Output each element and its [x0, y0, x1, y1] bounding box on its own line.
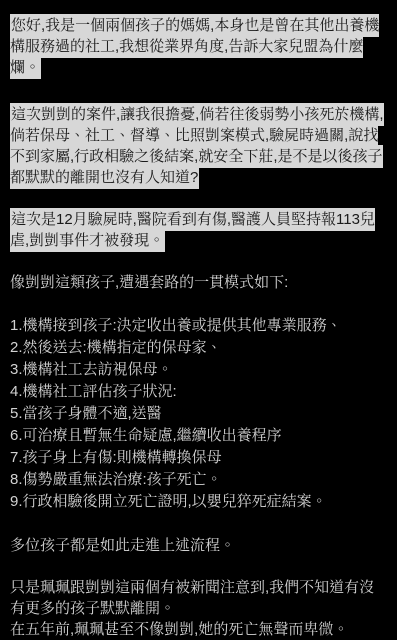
closing-line-1: 多位孩子都是如此走進上述流程。: [10, 535, 387, 556]
highlighted-text-2: 這次剴剴的案件,讓我很擔憂,倘若往後弱勢小孩死於機構,倘若保母、社工、督導、比照…: [10, 103, 384, 189]
highlighted-text-1: 您好,我是一個兩個孩子的媽媽,本身也是曾在其他出養機構服務過的社工,我想從業界角…: [10, 14, 379, 79]
list-item-1: 1.機構接到孩子:決定收出養或提供其他專業服務、: [10, 315, 387, 337]
list-item-5: 5.當孩子身體不適,送醫: [10, 403, 387, 425]
list-intro: 像剴剴這類孩子,遭遇套路的一貫模式如下:: [10, 272, 387, 293]
list-item-6: 6.可治療且暫無生命疑慮,繼續收出養程序: [10, 425, 387, 447]
list-item-9: 9.行政相驗後開立死亡證明,以嬰兒猝死症結案。: [10, 491, 387, 513]
closing-line-3: 在五年前,珮珮甚至不像剴剴,她的死亡無聲而卑微。: [10, 619, 387, 640]
closing-line-2: 只是珮珮跟剴剴這兩個有被新聞注意到,我們不知道有沒有更多的孩子默默離開。: [10, 577, 387, 619]
list-item-2: 2.然後送去:機構指定的保母家、: [10, 337, 387, 359]
list-item-8: 8.傷勢嚴重無法治療:孩子死亡。: [10, 469, 387, 491]
post-body: 您好,我是一個兩個孩子的媽媽,本身也是曾在其他出養機構服務過的社工,我想從業界角…: [0, 0, 397, 640]
process-numbered-list: 1.機構接到孩子:決定收出養或提供其他專業服務、 2.然後送去:機構指定的保母家…: [10, 315, 387, 513]
paragraph-3: 這次是12月驗屍時,醫院看到有傷,醫護人員堅持報113兒虐,剴剴事件才被發現。: [10, 209, 387, 251]
list-item-4: 4.機構社工評估孩子狀況:: [10, 381, 387, 403]
list-item-3: 3.機構社工去訪視保母。: [10, 359, 387, 381]
list-item-7: 7.孩子身上有傷:則機構轉換保母: [10, 447, 387, 469]
paragraph-1: 您好,我是一個兩個孩子的媽媽,本身也是曾在其他出養機構服務過的社工,我想從業界角…: [10, 15, 387, 78]
highlighted-text-3: 這次是12月驗屍時,醫院看到有傷,醫護人員堅持報113兒虐,剴剴事件才被發現。: [10, 208, 375, 252]
paragraph-2: 這次剴剴的案件,讓我很擔憂,倘若往後弱勢小孩死於機構,倘若保母、社工、督導、比照…: [10, 104, 387, 188]
